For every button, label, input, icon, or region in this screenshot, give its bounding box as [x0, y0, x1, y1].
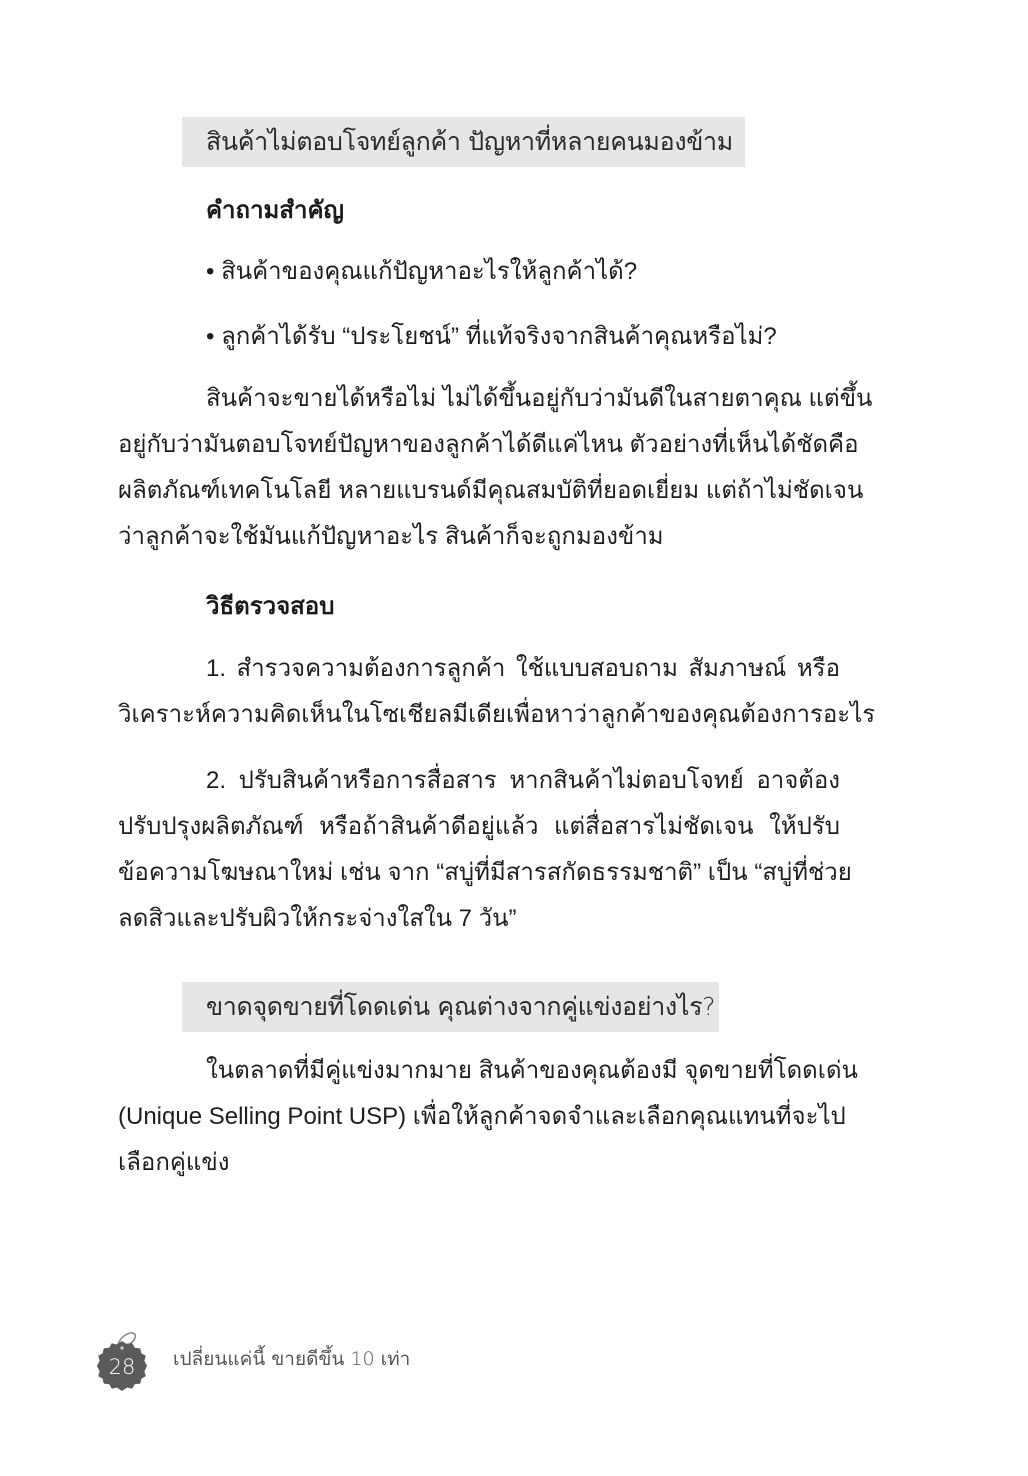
paragraph-line: เลือกคู่แข่ง	[118, 1140, 840, 1186]
paragraph-line: สินค้าจะขายได้หรือไม่ ไม่ได้ขึ้นอยู่กับว…	[118, 376, 840, 422]
body-paragraph: สินค้าจะขายได้หรือไม่ ไม่ได้ขึ้นอยู่กับว…	[118, 376, 840, 560]
step-paragraph-1: 1. สำรวจความต้องการลูกค้า ใช้แบบสอบถาม ส…	[118, 646, 840, 738]
page-number-badge: 28	[94, 1336, 150, 1392]
running-footer-book-title: เปลี่ยนแค่นี้ ขายดีขึ้น 10 เท่า	[173, 1346, 410, 1372]
bullet-item: • สินค้าของคุณแก้ปัญหาอะไรให้ลูกค้าได้?	[206, 257, 637, 287]
paragraph-line: ปรับปรุงผลิตภัณฑ์ หรือถ้าสินค้าดีอยู่แล้…	[118, 804, 840, 850]
paragraph-line: ในตลาดที่มีคู่แข่งมากมาย สินค้าของคุณต้อ…	[118, 1048, 840, 1094]
subheading-check-method: วิธีตรวจสอบ	[206, 592, 334, 622]
section-heading-product-fit: สินค้าไม่ตอบโจทย์ลูกค้า ปัญหาที่หลายคนมอ…	[182, 117, 745, 167]
paragraph-line: วิเคราะห์ความคิดเห็นในโซเชียลมีเดียเพื่อ…	[118, 692, 840, 738]
section-heading-usp: ขาดจุดขายที่โดดเด่น คุณต่างจากคู่แข่งอย่…	[182, 982, 719, 1032]
paragraph-line: 1. สำรวจความต้องการลูกค้า ใช้แบบสอบถาม ส…	[118, 646, 840, 692]
paragraph-line: ว่าลูกค้าจะใช้มันแก้ปัญหาอะไร สินค้าก็จะ…	[118, 514, 840, 560]
page-number: 28	[94, 1339, 150, 1395]
body-paragraph: ในตลาดที่มีคู่แข่งมากมาย สินค้าของคุณต้อ…	[118, 1048, 840, 1186]
subheading-key-questions: คำถามสำคัญ	[206, 196, 344, 226]
paragraph-line: อยู่กับว่ามันตอบโจทย์ปัญหาของลูกค้าได้ดี…	[118, 422, 840, 468]
paragraph-line: ลดสิวและปรับผิวให้กระจ่างใสใน 7 วัน”	[118, 896, 840, 942]
paragraph-line: ผลิตภัณฑ์เทคโนโลยี หลายแบรนด์มีคุณสมบัติ…	[118, 468, 840, 514]
paragraph-line: (Unique Selling Point USP) เพื่อให้ลูกค้…	[118, 1094, 840, 1140]
bullet-item: • ลูกค้าได้รับ “ประโยชน์” ที่แท้จริงจากส…	[206, 322, 777, 352]
step-paragraph-2: 2. ปรับสินค้าหรือการสื่อสาร หากสินค้าไม่…	[118, 758, 840, 942]
paragraph-line: ข้อความโฆษณาใหม่ เช่น จาก “สบู่ที่มีสารส…	[118, 850, 840, 896]
paragraph-line: 2. ปรับสินค้าหรือการสื่อสาร หากสินค้าไม่…	[118, 758, 840, 804]
